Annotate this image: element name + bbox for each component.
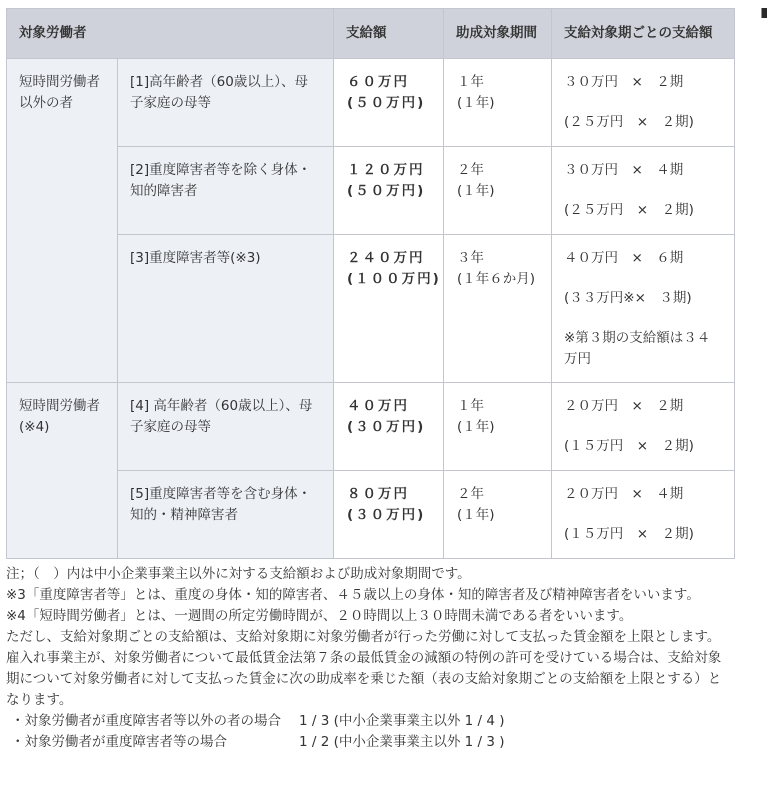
per-period-footnote: ※第３期の支給額は３４万円 (564, 328, 722, 370)
group-label-non-short-time: 短時間労働者以外の者 (7, 59, 118, 383)
amount-value-sme-excluded: (３０万円) (347, 505, 431, 526)
per-period-value-sme-excluded: (２５万円 × ２期) (564, 200, 722, 221)
period-cell: １年 (１年) (444, 59, 552, 147)
spacer (564, 309, 722, 328)
page: 対象労働者 支給額 助成対象期間 支給対象期ごとの支給額 短時間労働者以外の者 … (0, 0, 767, 791)
category-cell: [1]高年齢者（60歳以上）、母子家庭の母等 (118, 59, 334, 147)
amount-value: ８０万円 (347, 484, 431, 505)
amount-value-sme-excluded: (３０万円) (347, 417, 431, 438)
per-period-value: ２０万円 × ２期 (564, 396, 722, 417)
period-value: ２年 (457, 160, 539, 181)
rate-line-non-severe: ・対象労働者が重度障害者等以外の者の場合 1 / 3 (中小企業事業主以外 1 … (6, 711, 734, 732)
category-cell: [5]重度障害者等を含む身体・知的・精神障害者 (118, 471, 334, 559)
amount-value: ４０万円 (347, 396, 431, 417)
period-cell: ２年 (１年) (444, 471, 552, 559)
per-period-value: ２０万円 × ４期 (564, 484, 722, 505)
per-period-cell: ２０万円 × ２期 (１５万円 × ２期) (552, 383, 735, 471)
group-label-short-time: 短時間労働者(※4) (7, 383, 118, 559)
category-cell: [4] 高年齢者（60歳以上）、母子家庭の母等 (118, 383, 334, 471)
period-cell: ２年 (１年) (444, 147, 552, 235)
header-target-worker: 対象労働者 (7, 9, 334, 59)
amount-cell: １２０万円 (５０万円) (334, 147, 444, 235)
period-value-sme-excluded: (１年) (457, 93, 539, 114)
period-value-sme-excluded: (１年) (457, 505, 539, 526)
spacer (564, 181, 722, 200)
spacer (564, 269, 722, 288)
rate-label: ・対象労働者が重度障害者等の場合 (6, 732, 299, 753)
header-period: 助成対象期間 (444, 9, 552, 59)
table-row: 短時間労働者以外の者 [1]高年齢者（60歳以上）、母子家庭の母等 ６０万円 (… (7, 59, 735, 147)
period-value: ２年 (457, 484, 539, 505)
amount-cell: ６０万円 (５０万円) (334, 59, 444, 147)
per-period-value-sme-excluded: (３３万円※× ３期) (564, 288, 722, 309)
amount-value-sme-excluded: (１００万円) (347, 269, 431, 290)
spacer (564, 505, 722, 524)
period-cell: １年 (１年) (444, 383, 552, 471)
notes-section: 注；（ ）内は中小企業事業主以外に対する支給額および助成対象期間です。 ※3「重… (6, 564, 734, 753)
note-parentheses: 注；（ ）内は中小企業事業主以外に対する支給額および助成対象期間です。 (6, 564, 734, 585)
header-per-period-amount: 支給対象期ごとの支給額 (552, 9, 735, 59)
note-severe-disability-definition: ※3「重度障害者等」とは、重度の身体・知的障害者、４５歳以上の身体・知的障害者及… (6, 585, 734, 606)
rate-value: 1 / 2 (中小企業事業主以外 1 / 3 ) (299, 732, 505, 753)
per-period-cell: ３０万円 × ４期 (２５万円 × ２期) (552, 147, 735, 235)
spacer (564, 417, 722, 436)
per-period-value: ３０万円 × ４期 (564, 160, 722, 181)
period-value: １年 (457, 396, 539, 417)
period-cell: ３年 (１年６か月) (444, 235, 552, 383)
clipped-edge-glyph (761, 8, 767, 18)
table-row: 短時間労働者(※4) [4] 高年齢者（60歳以上）、母子家庭の母等 ４０万円 … (7, 383, 735, 471)
period-value-sme-excluded: (１年) (457, 417, 539, 438)
benefit-table: 対象労働者 支給額 助成対象期間 支給対象期ごとの支給額 短時間労働者以外の者 … (6, 8, 735, 559)
rate-value: 1 / 3 (中小企業事業主以外 1 / 4 ) (299, 711, 505, 732)
table-header-row: 対象労働者 支給額 助成対象期間 支給対象期ごとの支給額 (7, 9, 735, 59)
per-period-value: ３０万円 × ２期 (564, 72, 722, 93)
rate-line-severe: ・対象労働者が重度障害者等の場合 1 / 2 (中小企業事業主以外 1 / 3 … (6, 732, 734, 753)
amount-value: １２０万円 (347, 160, 431, 181)
period-value-sme-excluded: (１年) (457, 181, 539, 202)
note-short-time-worker-definition: ※4「短時間労働者」とは、一週間の所定労働時間が、２０時間以上３０時間未満である… (6, 606, 734, 627)
per-period-value-sme-excluded: (１５万円 × ２期) (564, 436, 722, 457)
category-cell: [2]重度障害者等を除く身体・知的障害者 (118, 147, 334, 235)
amount-value: ２４０万円 (347, 248, 431, 269)
note-minimum-wage: 雇入れ事業主が、対象労働者について最低賃金法第７条の最低賃金の減額の特例の許可を… (6, 648, 734, 711)
period-value: １年 (457, 72, 539, 93)
header-amount: 支給額 (334, 9, 444, 59)
amount-cell: ８０万円 (３０万円) (334, 471, 444, 559)
per-period-value: ４０万円 × ６期 (564, 248, 722, 269)
spacer (564, 93, 722, 112)
amount-value-sme-excluded: (５０万円) (347, 181, 431, 202)
per-period-value-sme-excluded: (２５万円 × ２期) (564, 112, 722, 133)
per-period-cell: ２０万円 × ４期 (１５万円 × ２期) (552, 471, 735, 559)
amount-cell: ２４０万円 (１００万円) (334, 235, 444, 383)
category-cell: [3]重度障害者等(※3) (118, 235, 334, 383)
per-period-value-sme-excluded: (１５万円 × ２期) (564, 524, 722, 545)
amount-value: ６０万円 (347, 72, 431, 93)
amount-value-sme-excluded: (５０万円) (347, 93, 431, 114)
rate-label: ・対象労働者が重度障害者等以外の者の場合 (6, 711, 299, 732)
period-value: ３年 (457, 248, 539, 269)
amount-cell: ４０万円 (３０万円) (334, 383, 444, 471)
per-period-cell: ３０万円 × ２期 (２５万円 × ２期) (552, 59, 735, 147)
per-period-cell: ４０万円 × ６期 (３３万円※× ３期) ※第３期の支給額は３４万円 (552, 235, 735, 383)
period-value-sme-excluded: (１年６か月) (457, 269, 539, 290)
note-proviso: ただし、支給対象期ごとの支給額は、支給対象期に対象労働者が行った労働に対して支払… (6, 627, 734, 648)
